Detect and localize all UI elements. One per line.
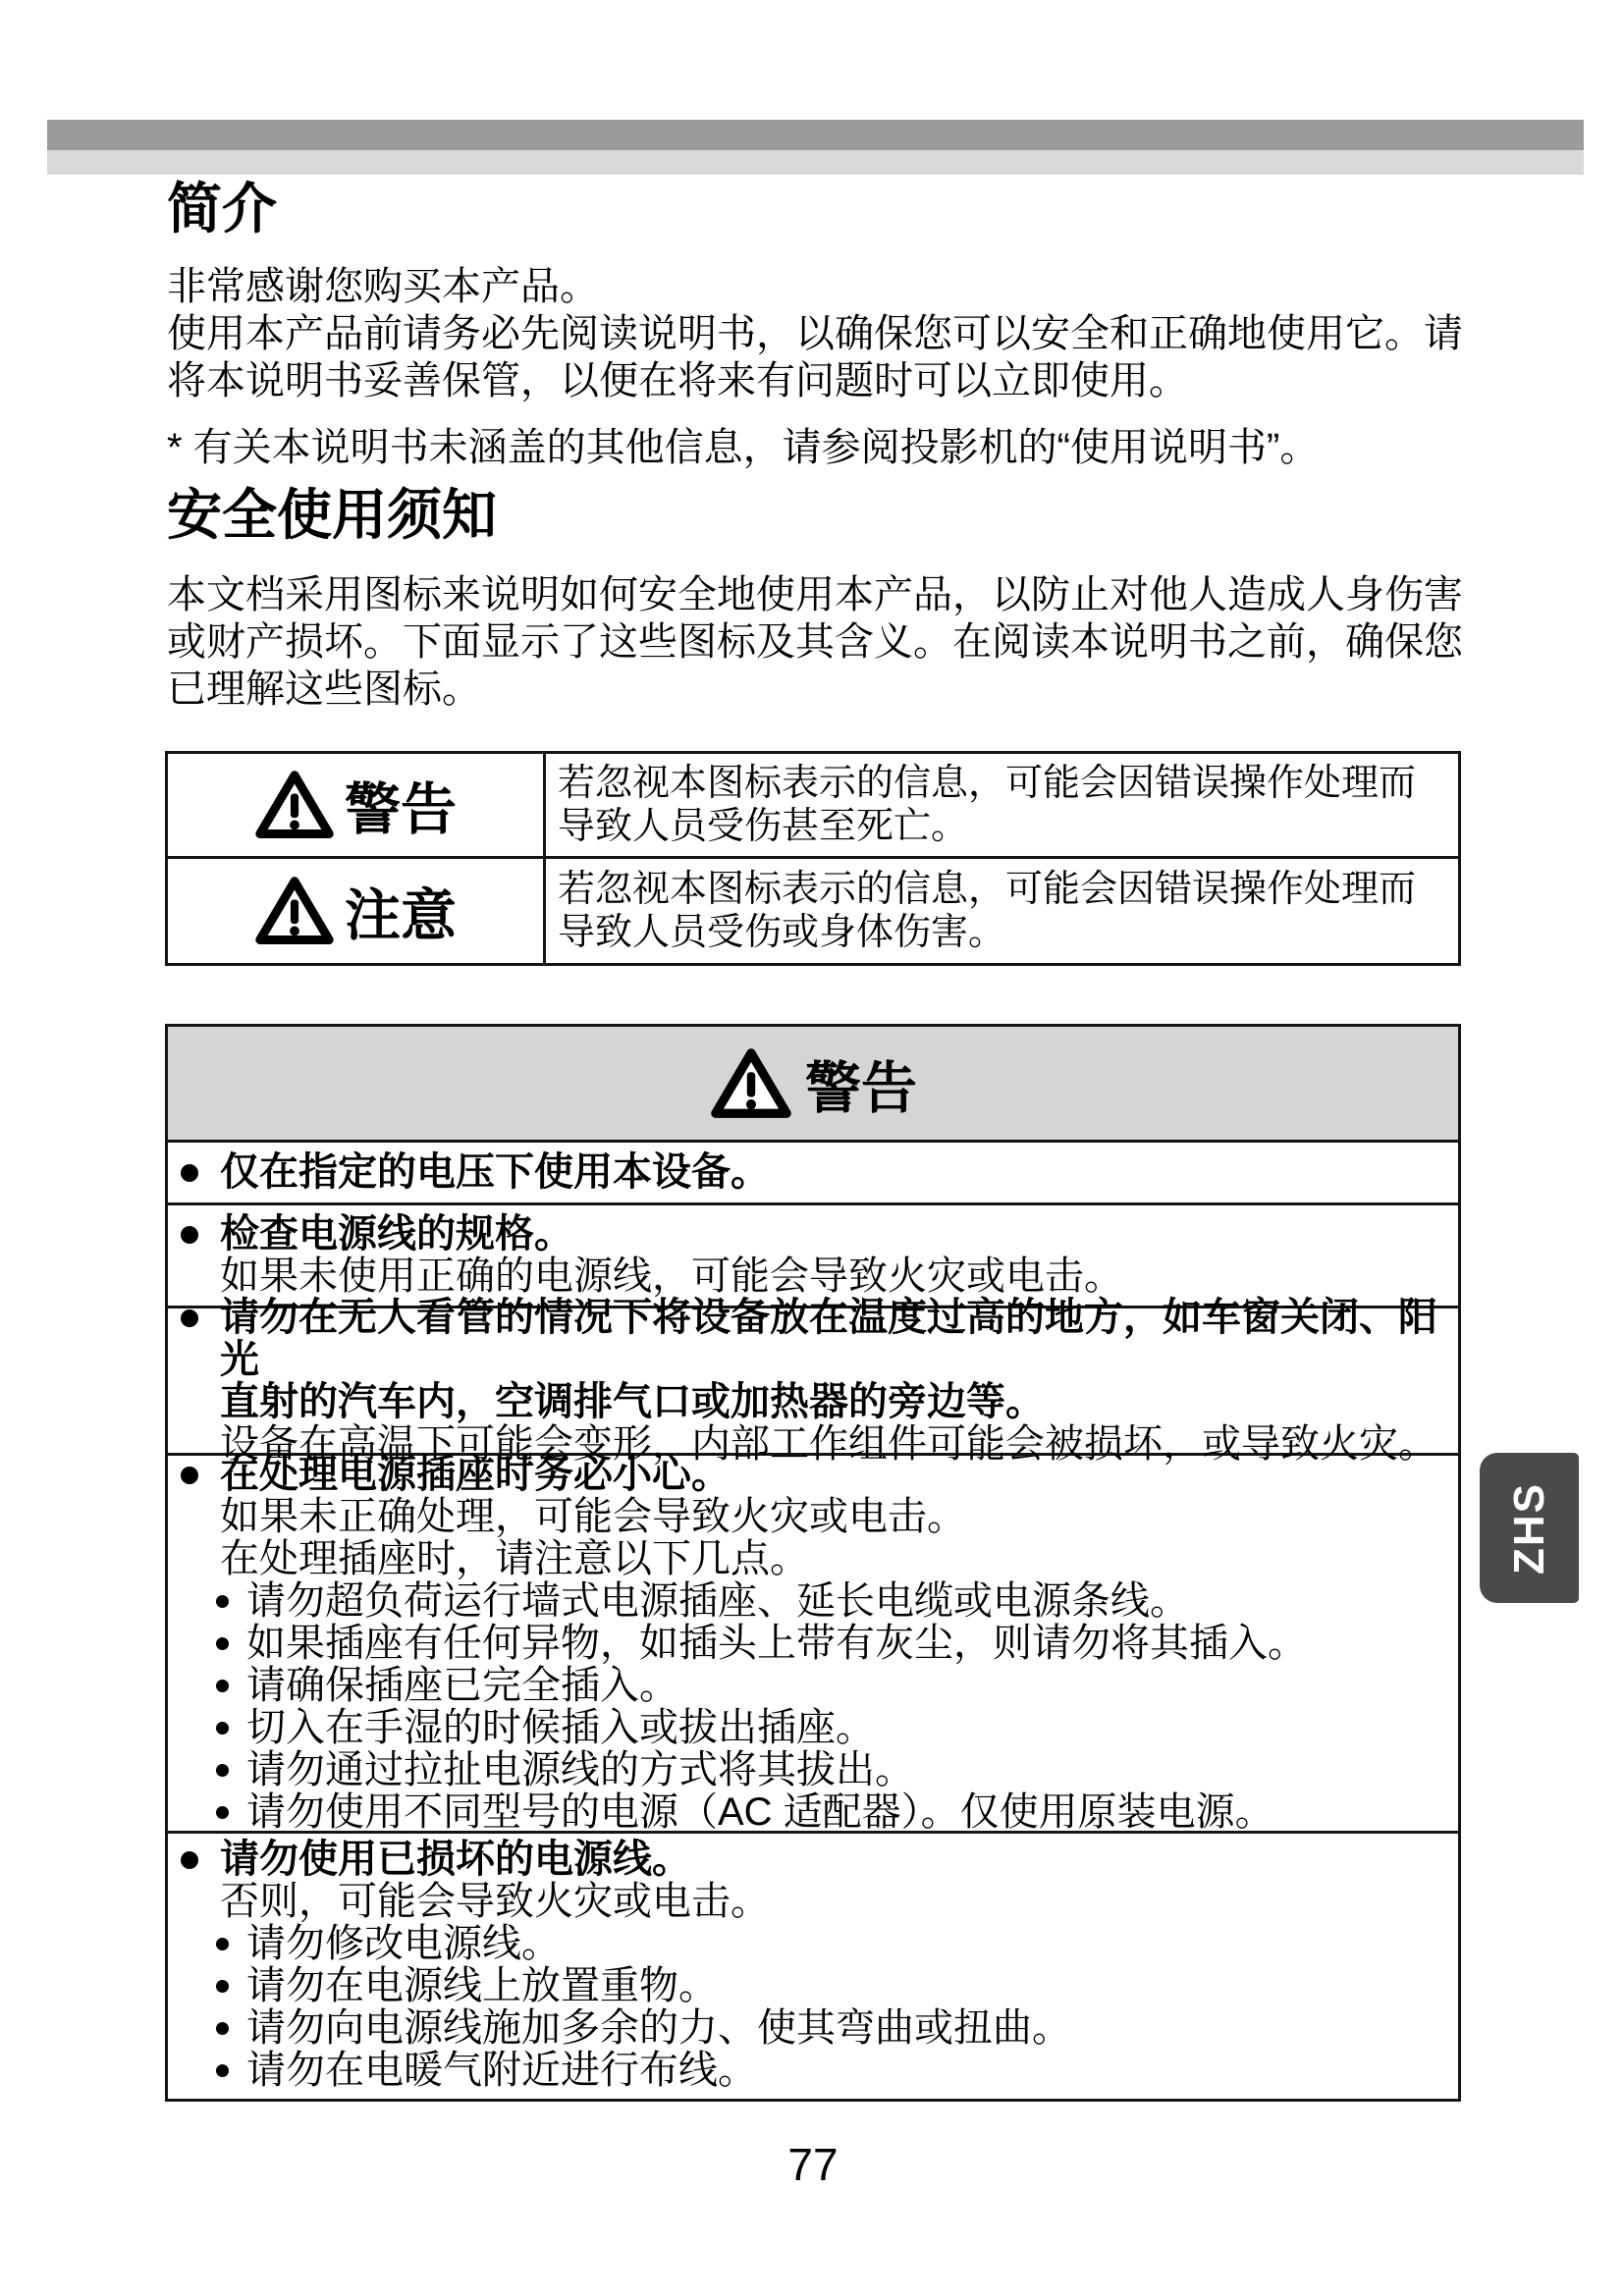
sub-bullet-icon bbox=[216, 1764, 229, 1777]
page-number: 77 bbox=[165, 2138, 1461, 2191]
warning-sub-item: 如果插座有任何异物，如插头上带有灰尘，则请勿将其插入。 bbox=[216, 1623, 1440, 1665]
page-title: 简介 bbox=[167, 181, 277, 239]
warning-item-heading: 请勿使用已损坏的电源线。 bbox=[181, 1839, 1440, 1881]
warning-sub-item: 请勿使用不同型号的电源（AC 适配器）。仅使用原装电源。 bbox=[216, 1791, 1440, 1834]
bullet-icon bbox=[181, 1309, 198, 1327]
sub-bullet-icon bbox=[216, 2022, 229, 2035]
warning-item-heading: 检查电源线的规格。 bbox=[181, 1213, 1440, 1255]
safety-intro-paragraph: 本文档采用图标来说明如何安全地使用本产品，以防止对他人造成人身伤害 或财产损坏。… bbox=[167, 571, 1532, 713]
warning-sub-item: 切入在手湿的时候插入或拔出插座。 bbox=[216, 1707, 1440, 1749]
warning-header-label: 警告 bbox=[805, 1043, 917, 1124]
language-tab-label: ZHS bbox=[1505, 1482, 1554, 1575]
sub-bullet-icon bbox=[216, 1722, 229, 1735]
severity-description: 若忽视本图标表示的信息，可能会因错误操作处理而 导致人员受伤甚至死亡。 bbox=[546, 754, 1458, 856]
bullet-icon bbox=[181, 1164, 198, 1182]
severity-label: 注意 bbox=[345, 871, 457, 951]
language-tab: ZHS bbox=[1480, 1453, 1579, 1603]
sub-bullet-icon bbox=[216, 1938, 229, 1950]
warning-sub-item: 请勿在电暖气附近进行布线。 bbox=[216, 2050, 1440, 2092]
warning-triangle-icon bbox=[709, 1047, 793, 1120]
warning-item: 在处理电源插座时务必小心。 如果未正确处理，可能会导致火灾或电击。 在处理插座时… bbox=[168, 1456, 1458, 1834]
severity-row-caution: 注意 若忽视本图标表示的信息，可能会因错误操作处理而 导致人员受伤或身体伤害。 bbox=[168, 859, 1458, 963]
warning-item: 请勿在无人看管的情况下将设备放在温度过高的地方，如车窗关闭、阳光 直射的汽车内，… bbox=[168, 1308, 1458, 1456]
warning-sub-item: 请确保插座已完全插入。 bbox=[216, 1665, 1440, 1707]
severity-description: 若忽视本图标表示的信息，可能会因错误操作处理而 导致人员受伤或身体伤害。 bbox=[546, 859, 1458, 963]
warning-panel-header: 警告 bbox=[168, 1027, 1458, 1143]
caution-triangle-icon bbox=[254, 876, 335, 946]
warning-triangle-icon bbox=[254, 770, 335, 840]
warning-item: 检查电源线的规格。 如果未使用正确的电源线，可能会导致火灾或电击。 bbox=[168, 1205, 1458, 1308]
warning-item-heading: 请勿在无人看管的情况下将设备放在温度过高的地方，如车窗关闭、阳光 直射的汽车内，… bbox=[181, 1297, 1440, 1423]
warning-item-body: 如果未使用正确的电源线，可能会导致火灾或电击。 bbox=[220, 1255, 1440, 1298]
sub-bullet-icon bbox=[216, 1980, 229, 1993]
warning-item: 仅在指定的电压下使用本设备。 bbox=[168, 1143, 1458, 1205]
header-bar-dark bbox=[47, 120, 1584, 150]
warning-sub-item: 请勿向电源线施加多余的力、使其弯曲或扭曲。 bbox=[216, 2007, 1440, 2050]
bullet-icon bbox=[181, 1467, 198, 1484]
severity-label: 警告 bbox=[345, 765, 457, 845]
safety-heading: 安全使用须知 bbox=[167, 487, 497, 545]
footnote: * 有关本说明书未涵盖的其他信息，请参阅投影机的“使用说明书”。 bbox=[167, 424, 1532, 471]
severity-description-text: 若忽视本图标表示的信息，可能会因错误操作处理而 导致人员受伤或身体伤害。 bbox=[558, 868, 1416, 954]
warning-sub-item: 请勿修改电源线。 bbox=[216, 1923, 1440, 1965]
warning-item-body: 否则，可能会导致火灾或电击。 bbox=[220, 1881, 1440, 1923]
warning-sub-item: 请勿通过拉扯电源线的方式将其拔出。 bbox=[216, 1749, 1440, 1791]
severity-table: 警告 若忽视本图标表示的信息，可能会因错误操作处理而 导致人员受伤甚至死亡。 注… bbox=[165, 751, 1461, 966]
bullet-icon bbox=[181, 1226, 198, 1244]
header-bar-light bbox=[47, 150, 1584, 175]
intro-paragraph: 非常感谢您购买本产品。 使用本产品前请务必先阅读说明书，以确保您可以安全和正确地… bbox=[167, 263, 1532, 404]
warning-sub-item: 请勿在电源线上放置重物。 bbox=[216, 1965, 1440, 2007]
sub-bullet-icon bbox=[216, 1595, 229, 1608]
severity-row-warning: 警告 若忽视本图标表示的信息，可能会因错误操作处理而 导致人员受伤甚至死亡。 bbox=[168, 754, 1458, 859]
sub-bullet-icon bbox=[216, 1680, 229, 1692]
warning-panel: 警告 仅在指定的电压下使用本设备。 检查电源线的规格。 如果未使用正确的电源线，… bbox=[165, 1024, 1461, 2102]
warning-item-heading: 仅在指定的电压下使用本设备。 bbox=[181, 1151, 1440, 1194]
sub-bullet-icon bbox=[216, 2064, 229, 2077]
bullet-icon bbox=[181, 1851, 198, 1869]
warning-item: 请勿使用已损坏的电源线。 否则，可能会导致火灾或电击。 请勿修改电源线。 请勿在… bbox=[168, 1834, 1458, 2097]
warning-sub-item: 请勿超负荷运行墙式电源插座、延长电缆或电源条线。 bbox=[216, 1580, 1440, 1623]
severity-warning-cell: 警告 bbox=[168, 754, 546, 856]
warning-item-body: 如果未正确处理，可能会导致火灾或电击。 在处理插座时，请注意以下几点。 bbox=[220, 1496, 1440, 1580]
severity-caution-cell: 注意 bbox=[168, 859, 546, 963]
sub-bullet-icon bbox=[216, 1637, 229, 1650]
warning-item-heading: 在处理电源插座时务必小心。 bbox=[181, 1454, 1440, 1496]
page-header-bar bbox=[47, 120, 1584, 175]
severity-description-text: 若忽视本图标表示的信息，可能会因错误操作处理而 导致人员受伤甚至死亡。 bbox=[558, 762, 1416, 848]
sub-bullet-icon bbox=[216, 1806, 229, 1819]
